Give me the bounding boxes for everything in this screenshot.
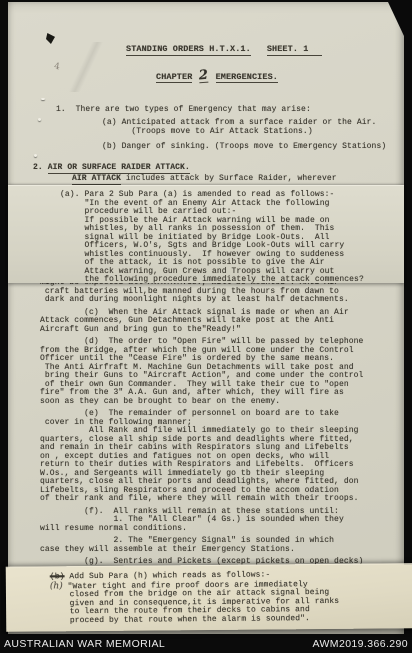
para1-item-b: (b) Danger of sinking. (Troops move to E… — [102, 143, 386, 152]
chapter-number-handwritten: 2 — [199, 71, 209, 84]
document-page: 4 STANDING ORDERS H.T.X.1. SHEET. 1 CHAP… — [8, 2, 404, 634]
section2-number: 2. — [33, 163, 43, 172]
section2-lead-rest: includes attack by Surface Raider, where… — [121, 174, 337, 183]
chapter-heading: CHAPTER 2 EMERGENCIES. — [156, 71, 278, 83]
para-d: (d) The order to "Open Fire" will be pas… — [40, 338, 398, 406]
paper-speck — [38, 118, 41, 121]
slip-b-quote-rest: closed from the bridge on the air attack… — [50, 589, 339, 626]
para1-item-a: (a) Anticipated attack from a surface ra… — [102, 119, 376, 136]
para-f-1: (f). All ranks will remain at these stat… — [40, 508, 398, 534]
amendment-slip-a-text: (a). Para 2 Sub Para (a) is amended to r… — [60, 191, 364, 283]
para1-opening: 1. There are two types of Emergency that… — [56, 106, 311, 115]
para-f-2: 2. The "Emergency Signal" is sounded in … — [40, 537, 398, 554]
section2-lead-emphasis: AIR ATTACK — [72, 174, 121, 185]
document-title: STANDING ORDERS H.T.X.1. — [126, 45, 251, 56]
chapter-label: CHAPTER — [156, 73, 192, 84]
archive-caption-bar: AUSTRALIAN WAR MEMORIAL AWM2019.366.290 — [0, 634, 412, 653]
section2-heading: AIR OR SURFACE RAIDER ATTACK. — [48, 163, 190, 174]
para-e: (e) The remainder of personnel on board … — [40, 410, 398, 504]
pencil-annotation: 4 — [53, 62, 60, 73]
chapter-title: EMERGENCIES. — [216, 73, 278, 84]
paper-speck — [41, 98, 45, 100]
scanned-document-photo: { "page": { "header": { "title": "STANDI… — [0, 0, 412, 653]
section2-lead-line: AIR ATTACK includes attack by Surface Ra… — [72, 175, 337, 184]
paper-speck — [34, 154, 37, 157]
amendment-slip-b: (b) Add Sub Para (h) which reads as foll… — [6, 563, 412, 632]
amendment-slip-a: (a). Para 2 Sub Para (a) is amended to r… — [8, 185, 404, 283]
section2-heading-row: 2. AIR OR SURFACE RAIDER ATTACK. — [33, 164, 190, 173]
torn-corner — [388, 2, 404, 36]
document-header: STANDING ORDERS H.T.X.1. SHEET. 1 — [126, 45, 322, 56]
sheet-number: SHEET. 1 — [267, 45, 323, 56]
institution-name: AUSTRALIAN WAR MEMORIAL — [4, 638, 165, 650]
page-body: might be expected all A.A.M.M.Gs., will … — [40, 279, 398, 567]
para-c: (c) When the Air Attack signal is made o… — [40, 309, 398, 335]
accession-number: AWM2019.366.290 — [312, 638, 408, 650]
